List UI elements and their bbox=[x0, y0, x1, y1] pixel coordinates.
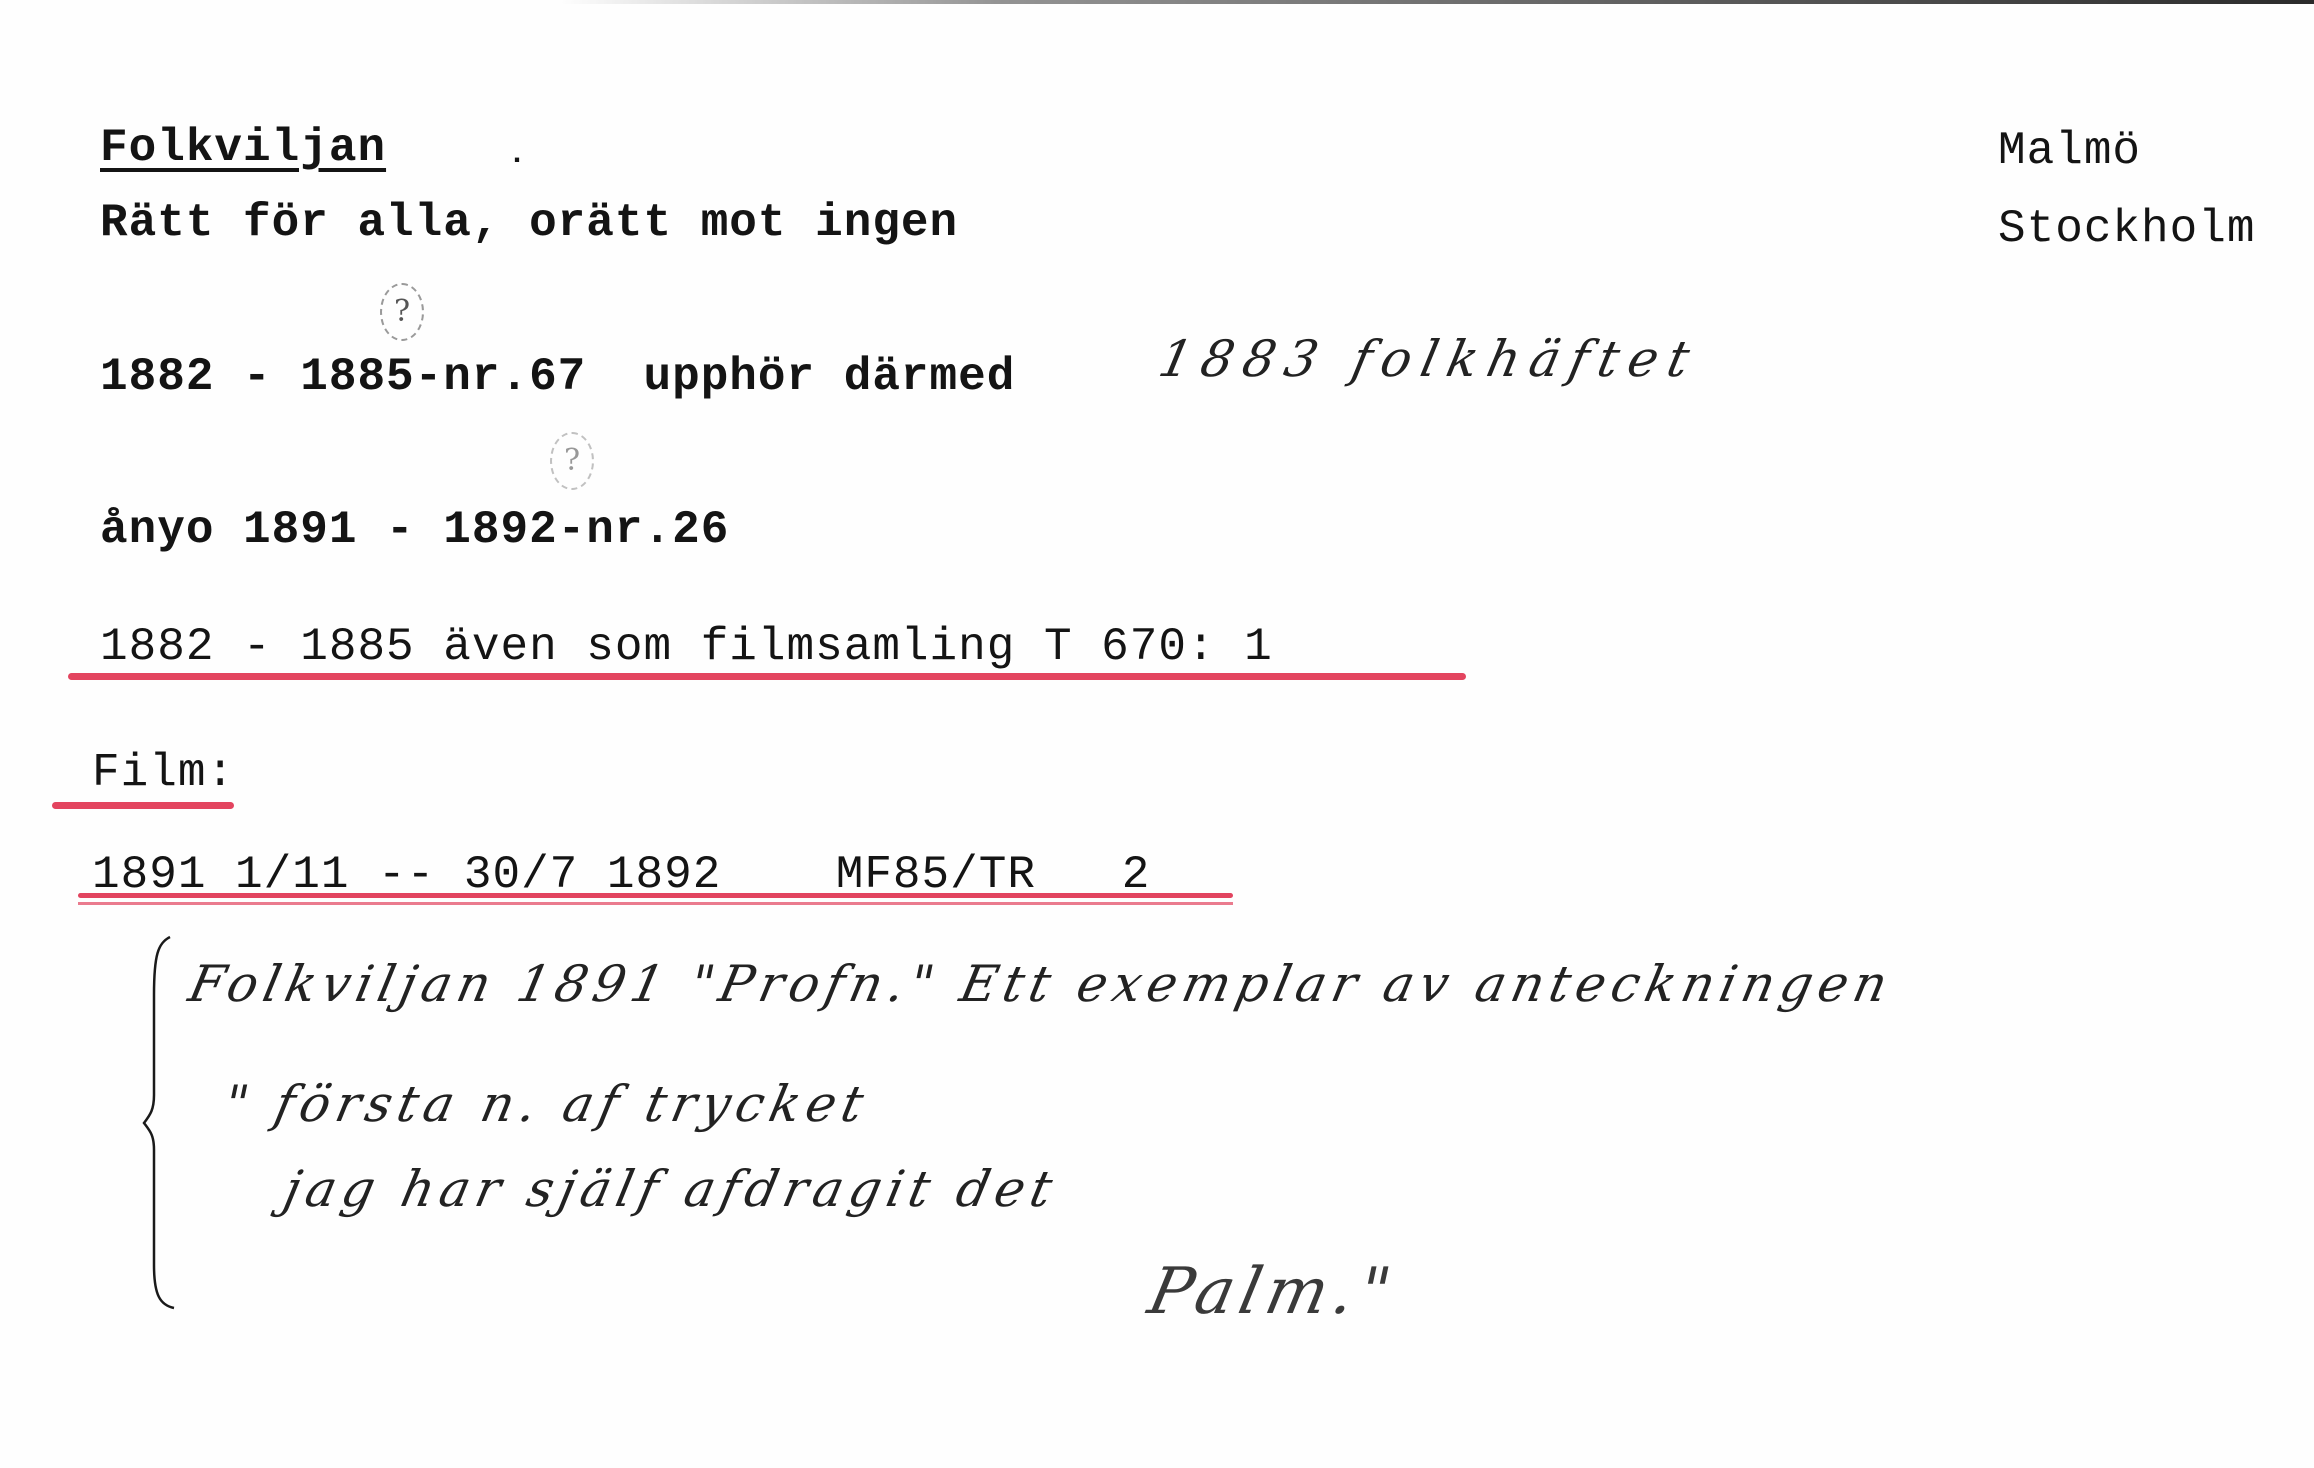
query-mark-1: ? bbox=[380, 283, 424, 341]
red-underline-1 bbox=[68, 673, 1466, 680]
place-stockholm: Stockholm bbox=[1998, 206, 2255, 252]
catalog-card: Folkviljan . Rätt för alla, orätt mot in… bbox=[0, 0, 2314, 1468]
red-underline-2 bbox=[78, 893, 1233, 898]
red-underline-film bbox=[52, 802, 234, 809]
film-entry: 1891 1/11 -- 30/7 1892 MF85/TR 2 bbox=[92, 852, 1150, 898]
film-heading: Film: bbox=[92, 750, 235, 796]
card-top-edge bbox=[560, 0, 2314, 4]
handwritten-line-3: jag har själf afdragit det bbox=[279, 1160, 1063, 1218]
handwritten-line-1: Folkviljan 1891 "Profn." Ett exemplar av… bbox=[184, 955, 1899, 1013]
newspaper-title: Folkviljan bbox=[100, 125, 386, 171]
run-2-line: ånyo 1891 - 1892-nr.26 bbox=[100, 507, 729, 553]
handwritten-signature: Palm." bbox=[1142, 1255, 1403, 1329]
handwritten-line-2: " första n. af trycket bbox=[219, 1075, 875, 1133]
run-1-line: 1882 - 1885-nr.67 upphör därmed bbox=[100, 354, 1015, 400]
place-malmo: Malmö bbox=[1998, 128, 2141, 174]
stray-dot: . bbox=[508, 140, 527, 170]
query-mark-2: ? bbox=[550, 432, 594, 490]
handwritten-note-1883: 1883 folkhäftet bbox=[1154, 330, 1705, 388]
newspaper-motto: Rätt för alla, orätt mot ingen bbox=[100, 200, 958, 246]
curly-brace bbox=[140, 935, 180, 1310]
film-collection-line: 1882 - 1885 även som filmsamling T 670: … bbox=[100, 624, 1273, 670]
